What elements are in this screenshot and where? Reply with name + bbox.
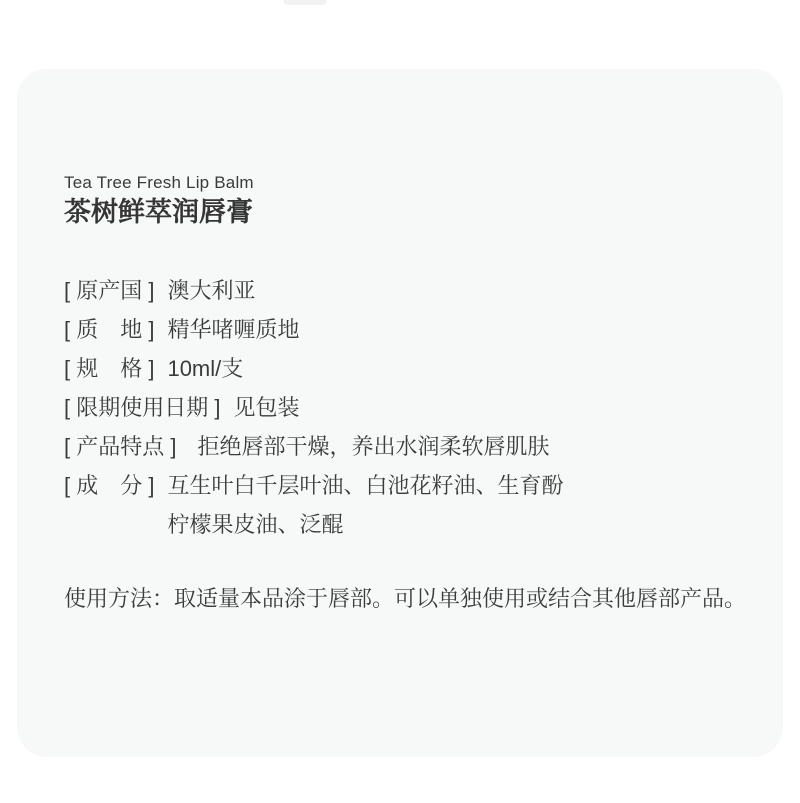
spec-value: 拒绝唇部干燥，养出水润柔软唇肌肤: [197, 427, 549, 466]
spec-row: [ 质 地 ] 精华啫喱质地: [64, 310, 741, 349]
spec-label: [ 规 格 ]: [64, 349, 154, 388]
usage-instructions: 使用方法：取适量本品涂于唇部。可以单独使用或结合其他唇部产品。: [64, 579, 741, 618]
product-title-chinese: 茶树鲜萃润唇膏: [64, 197, 741, 227]
spec-row: [ 产品特点 ] 拒绝唇部干燥，养出水润柔软唇肌肤: [64, 427, 741, 466]
spec-value: 互生叶白千层叶油、白池花籽油、生育酚 柠檬果皮油、泛醌: [167, 466, 563, 544]
spec-value: 精华啫喱质地: [167, 310, 299, 349]
spec-label: [ 限期使用日期 ]: [64, 388, 220, 427]
product-info-card: Tea Tree Fresh Lip Balm 茶树鲜萃润唇膏 [ 原产国 ] …: [17, 69, 783, 757]
spec-list: [ 原产国 ] 澳大利亚 [ 质 地 ] 精华啫喱质地 [ 规 格 ] 10ml…: [64, 271, 741, 544]
spec-row: [ 原产国 ] 澳大利亚: [64, 271, 741, 310]
spec-row: [ 规 格 ] 10ml/支: [64, 349, 741, 388]
spec-row: [ 限期使用日期 ] 见包装: [64, 388, 741, 427]
spec-value: 10ml/支: [167, 349, 243, 388]
spec-label: [ 质 地 ]: [64, 310, 154, 349]
spec-label: [ 原产国 ]: [64, 271, 154, 310]
cropped-graphic-artifact: [283, 0, 327, 5]
spec-row: [ 成 分 ] 互生叶白千层叶油、白池花籽油、生育酚 柠檬果皮油、泛醌: [64, 466, 741, 544]
spec-value: 澳大利亚: [167, 271, 255, 310]
spec-label: [ 产品特点 ]: [64, 427, 176, 466]
spec-label: [ 成 分 ]: [64, 466, 154, 505]
product-detail-page: Tea Tree Fresh Lip Balm 茶树鲜萃润唇膏 [ 原产国 ] …: [0, 0, 800, 803]
product-title-english: Tea Tree Fresh Lip Balm: [64, 169, 741, 197]
spec-value: 见包装: [233, 388, 299, 427]
